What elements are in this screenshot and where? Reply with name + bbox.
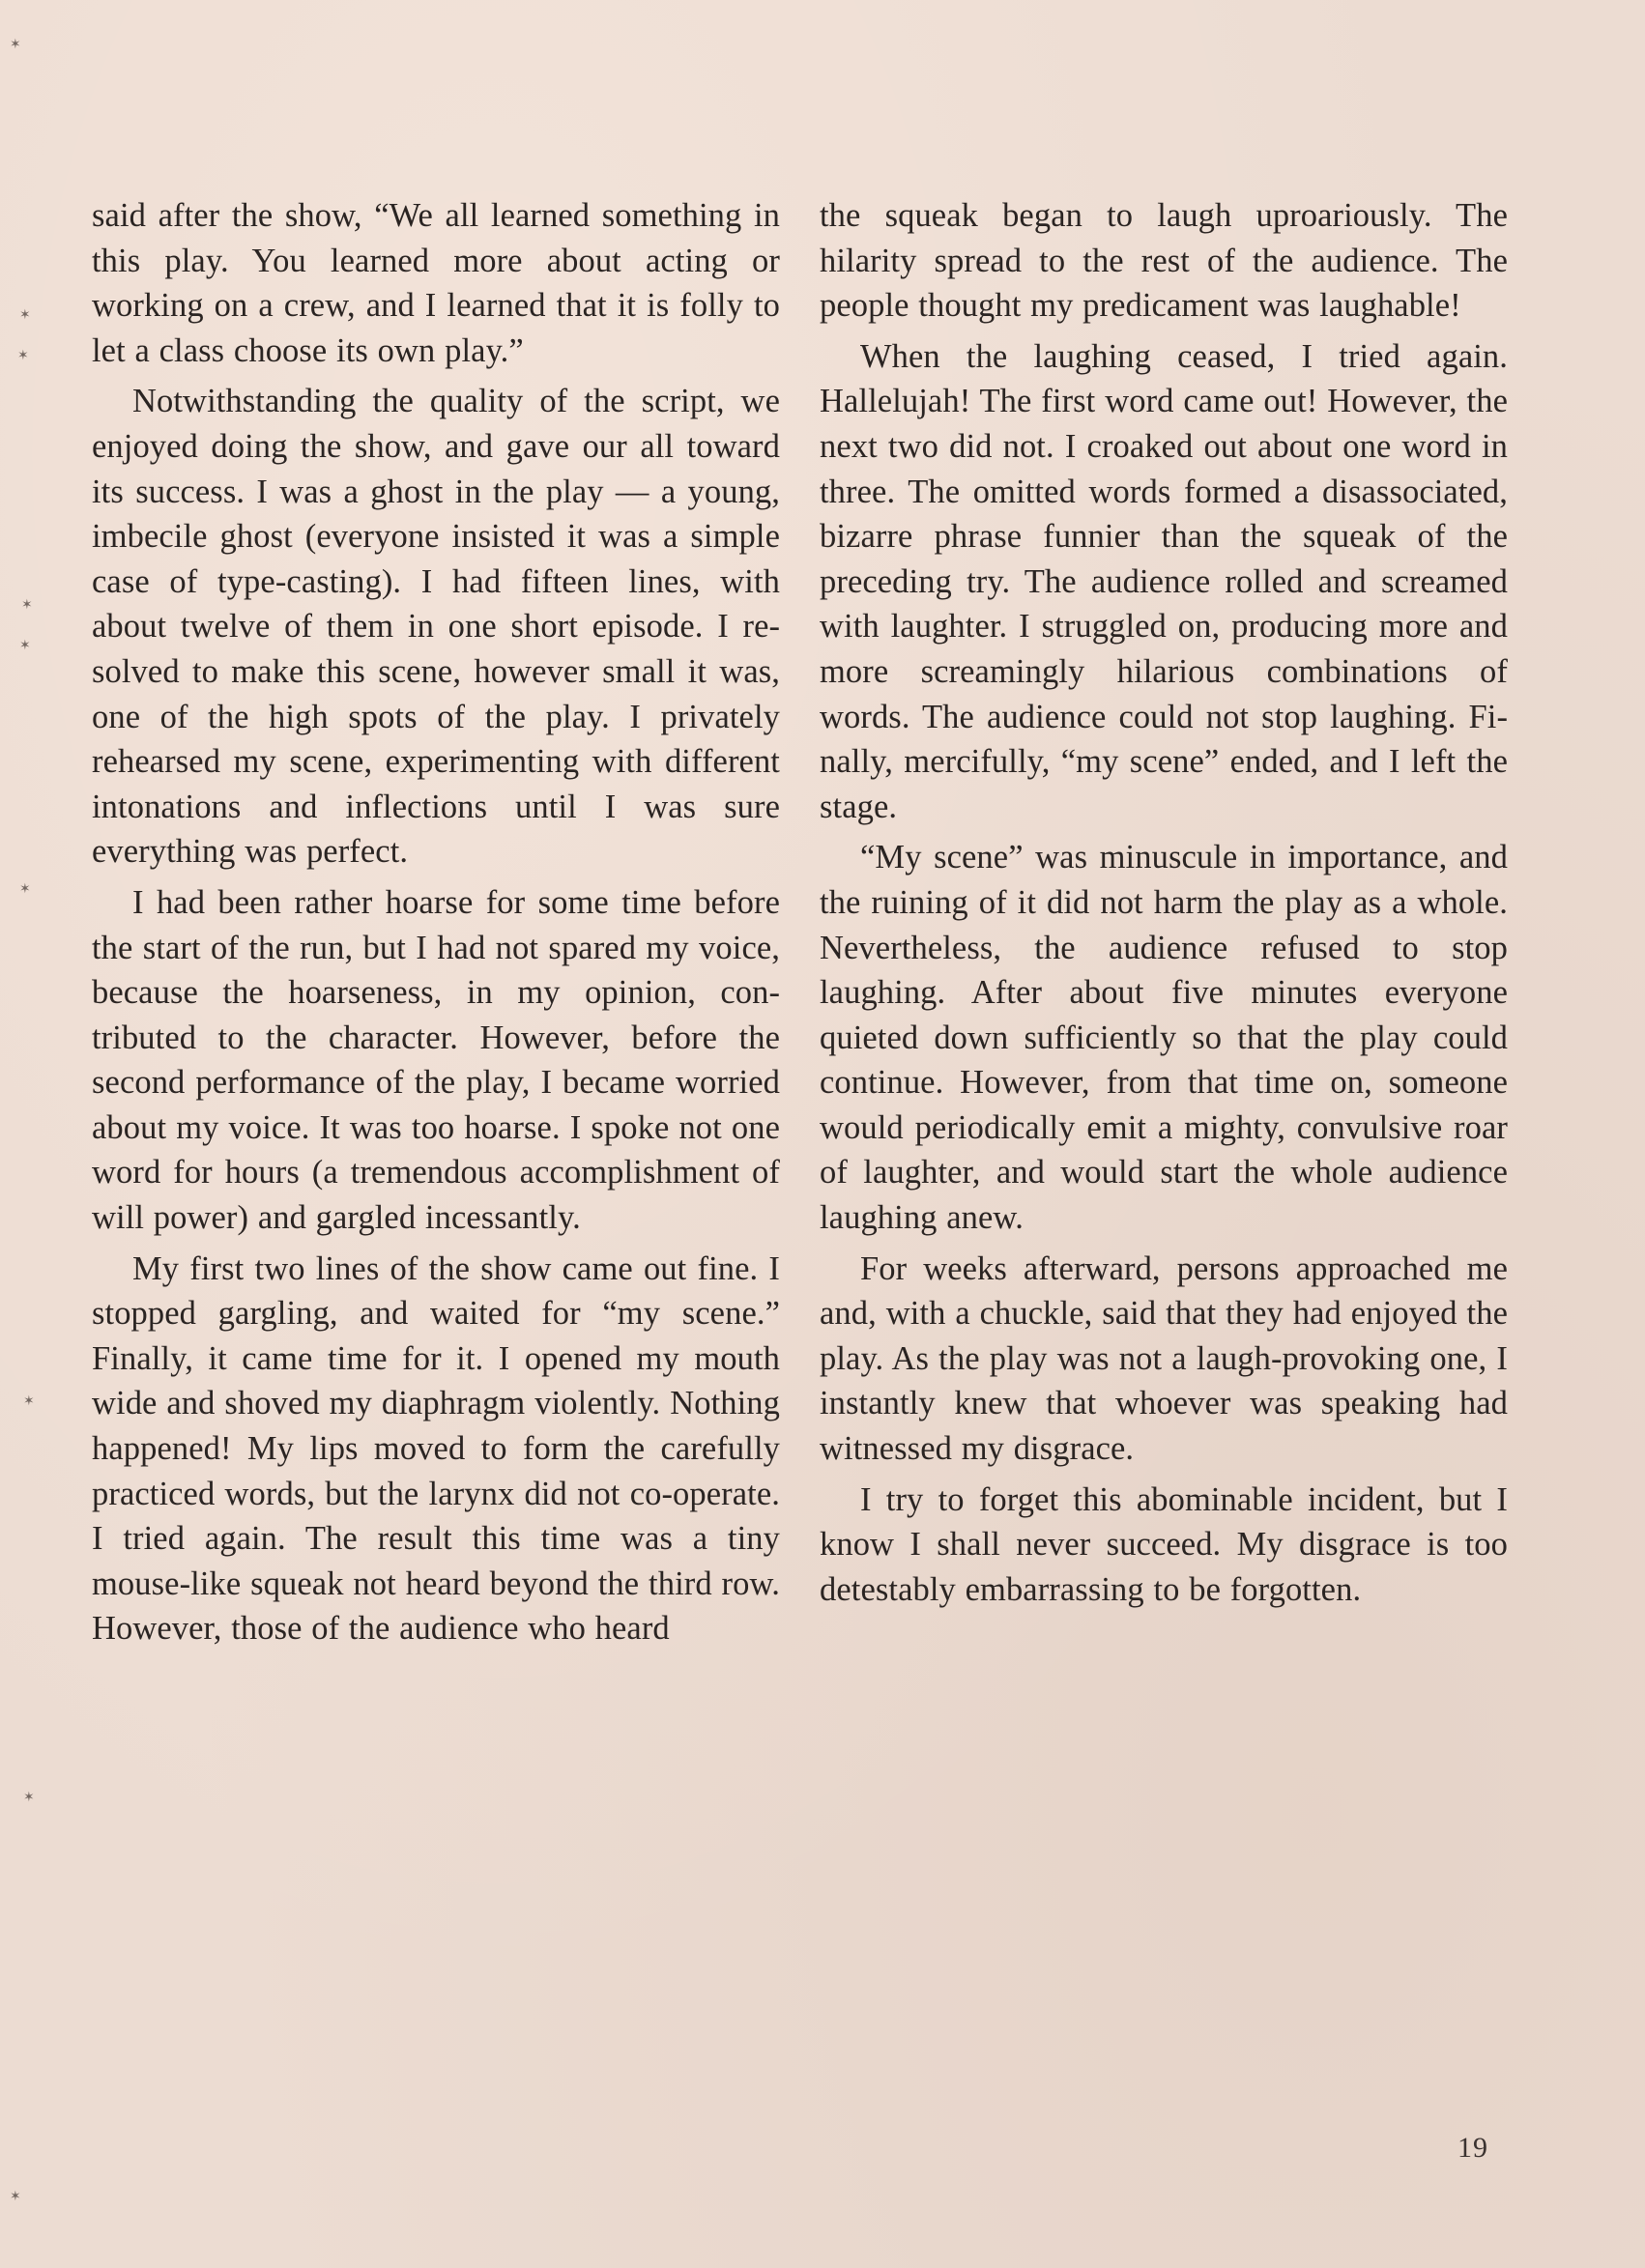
paragraph: Notwithstanding the quality of the scrip… bbox=[92, 379, 780, 875]
left-column: said after the show, “We all learned som… bbox=[92, 193, 780, 1651]
binding-mark-icon: ✶ bbox=[10, 2189, 21, 2204]
right-column: the squeak began to laugh uproarious­ly.… bbox=[820, 193, 1508, 1612]
binding-mark-icon: ✶ bbox=[23, 1393, 35, 1409]
paragraph: When the laughing ceased, I tried again.… bbox=[820, 334, 1508, 830]
binding-mark-icon: ✶ bbox=[10, 37, 21, 52]
binding-mark-icon: ✶ bbox=[17, 348, 29, 363]
binding-mark-icon: ✶ bbox=[21, 597, 33, 613]
paragraph: the squeak began to laugh uproarious­ly.… bbox=[820, 193, 1508, 329]
binding-mark-icon: ✶ bbox=[23, 1790, 35, 1805]
paragraph: I try to forget this abominable in­ciden… bbox=[820, 1478, 1508, 1613]
paragraph: “My scene” was minuscule in im­portance,… bbox=[820, 835, 1508, 1240]
paragraph: For weeks afterward, persons ap­proached… bbox=[820, 1247, 1508, 1472]
paragraph: said after the show, “We all learned som… bbox=[92, 193, 780, 373]
paragraph: I had been rather hoarse for some time b… bbox=[92, 880, 780, 1241]
binding-mark-icon: ✶ bbox=[19, 307, 31, 323]
page-number: 19 bbox=[1457, 2132, 1488, 2165]
paragraph: My first two lines of the show came out … bbox=[92, 1247, 780, 1651]
binding-mark-icon: ✶ bbox=[19, 881, 31, 897]
binding-mark-icon: ✶ bbox=[19, 638, 31, 653]
document-page: said after the show, “We all learned som… bbox=[0, 0, 1645, 2268]
